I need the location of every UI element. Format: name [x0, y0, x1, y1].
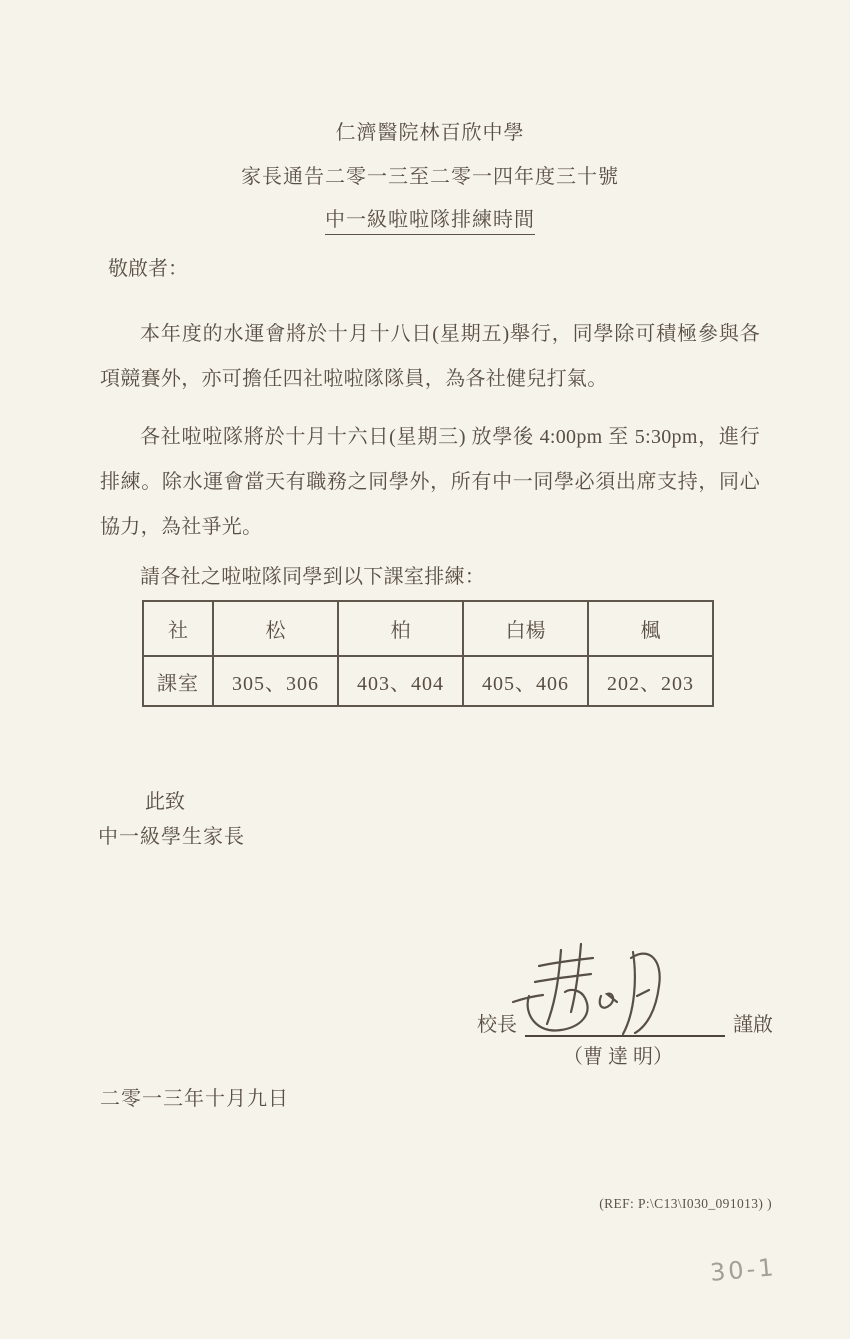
room-cell: 202、203: [588, 656, 713, 706]
signature-line: [525, 1011, 725, 1037]
letter-subject-text: 中一級啦啦隊排練時間: [325, 209, 535, 235]
handwritten-page-note: 30-1: [709, 1253, 778, 1287]
room-row-label: 課室: [143, 656, 213, 706]
table-room-row: 課室 305、306 403、404 405、406 202、203: [143, 656, 713, 706]
letter-date: 二零一三年十月九日: [100, 1082, 289, 1111]
house-header: 白楊: [463, 601, 588, 656]
reference-code: (REF: P:\C13\I030_091013) ): [0, 1196, 772, 1212]
paragraph-3: 請各社之啦啦隊同學到以下課室排練：: [100, 555, 760, 600]
notice-number: 家長通告二零一三至二零一四年度三十號: [100, 160, 760, 189]
closing-cizhi: 此致: [145, 785, 185, 814]
room-cell: 403、404: [338, 656, 463, 706]
signature-row: 校長 謹啟: [477, 1008, 773, 1037]
paragraph-1: 本年度的水運會將於十月十八日(星期五)舉行，同學除可積極參與各項競賽外，亦可擔任…: [100, 312, 760, 402]
principal-label: 校長: [477, 1008, 517, 1037]
paragraph-2: 各社啦啦隊將於十月十六日(星期三) 放學後 4:00pm 至 5:30pm，進行…: [100, 415, 760, 550]
closing-recipient: 中一級學生家長: [98, 820, 245, 849]
house-header: 松: [213, 601, 338, 656]
salutation: 敬啟者：: [108, 252, 188, 281]
scanned-letter-page: 仁濟醫院林百欣中學 家長通告二零一三至二零一四年度三十號 中一級啦啦隊排練時間 …: [0, 0, 850, 1339]
letter-subject: 中一級啦啦隊排練時間: [100, 203, 760, 232]
rehearsal-room-table: 社 松 柏 白楊 楓 課室 305、306 403、404 405、406 20…: [142, 600, 714, 707]
room-cell: 405、406: [463, 656, 588, 706]
house-header: 楓: [588, 601, 713, 656]
principal-name: （曹 達 明）: [518, 1040, 718, 1069]
respectful-close: 謹啟: [733, 1008, 773, 1037]
house-header: 柏: [338, 601, 463, 656]
room-cell: 305、306: [213, 656, 338, 706]
table-header-row: 社 松 柏 白楊 楓: [143, 601, 713, 656]
table-corner-cell: 社: [143, 601, 213, 656]
school-name: 仁濟醫院林百欣中學: [100, 116, 760, 145]
